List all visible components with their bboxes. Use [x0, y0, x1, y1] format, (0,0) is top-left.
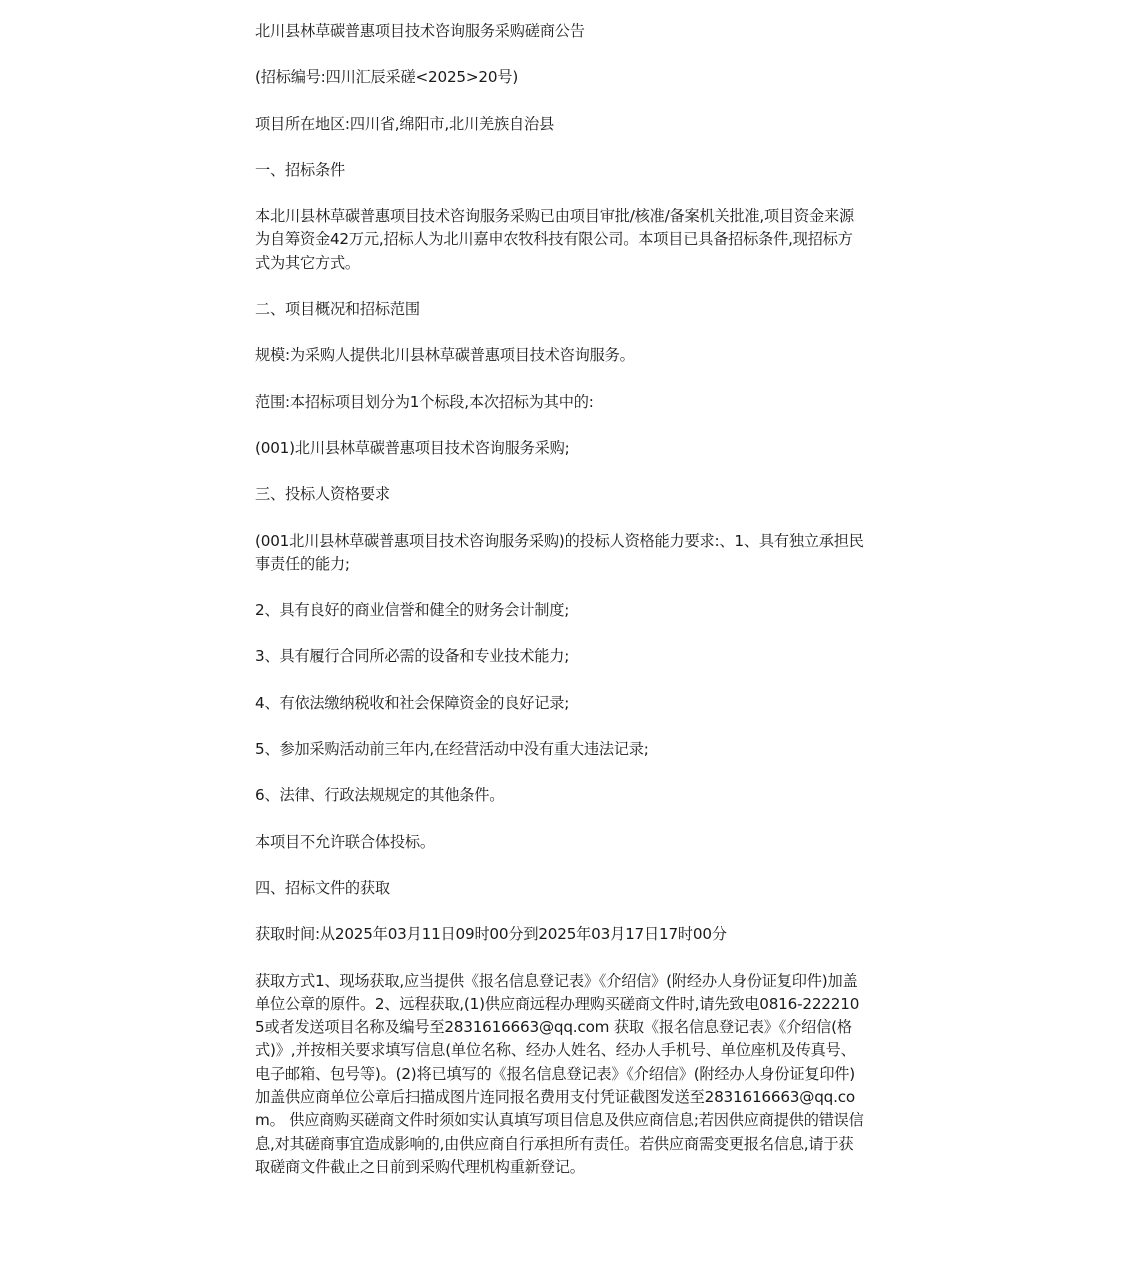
consortium-note: 本项目不允许联合体投标。 [255, 831, 867, 854]
project-scale: 规模:为采购人提供北川县林草碳普惠项目技术咨询服务。 [255, 344, 867, 367]
announcement-document: 北川县林草碳普惠项目技术咨询服务采购磋商公告 (招标编号:四川汇辰采磋<2025… [255, 20, 867, 1202]
qualification-item: 6、法律、行政法规规定的其他条件。 [255, 784, 867, 807]
qualification-item: 2、具有良好的商业信誉和健全的财务会计制度; [255, 599, 867, 622]
qualification-item: 4、有依法缴纳税收和社会保障资金的良好记录; [255, 692, 867, 715]
qualification-intro: (001北川县林草碳普惠项目技术咨询服务采购)的投标人资格能力要求:、1、具有独… [255, 530, 867, 577]
project-region: 项目所在地区:四川省,绵阳市,北川羌族自治县 [255, 113, 867, 136]
section-heading-bidding-conditions: 一、招标条件 [255, 159, 867, 182]
section-heading-project-overview: 二、项目概况和招标范围 [255, 298, 867, 321]
section-heading-document-acquisition: 四、招标文件的获取 [255, 877, 867, 900]
bidding-conditions-body: 本北川县林草碳普惠项目技术咨询服务采购已由项目审批/核准/备案机关批准,项目资金… [255, 205, 867, 275]
qualification-item: 3、具有履行合同所必需的设备和专业技术能力; [255, 645, 867, 668]
section-heading-bidder-qualifications: 三、投标人资格要求 [255, 483, 867, 506]
acquisition-method: 获取方式1、现场获取,应当提供《报名信息登记表》《介绍信》(附经办人身份证复印件… [255, 970, 867, 1180]
bid-number: (招标编号:四川汇辰采磋<2025>20号) [255, 66, 867, 89]
acquisition-time: 获取时间:从2025年03月11日09时00分到2025年03月17日17时00… [255, 923, 867, 946]
project-scope: 范围:本招标项目划分为1个标段,本次招标为其中的: [255, 391, 867, 414]
qualification-item: 5、参加采购活动前三年内,在经营活动中没有重大违法记录; [255, 738, 867, 761]
document-title: 北川县林草碳普惠项目技术咨询服务采购磋商公告 [255, 20, 867, 43]
project-lot: (001)北川县林草碳普惠项目技术咨询服务采购; [255, 437, 867, 460]
